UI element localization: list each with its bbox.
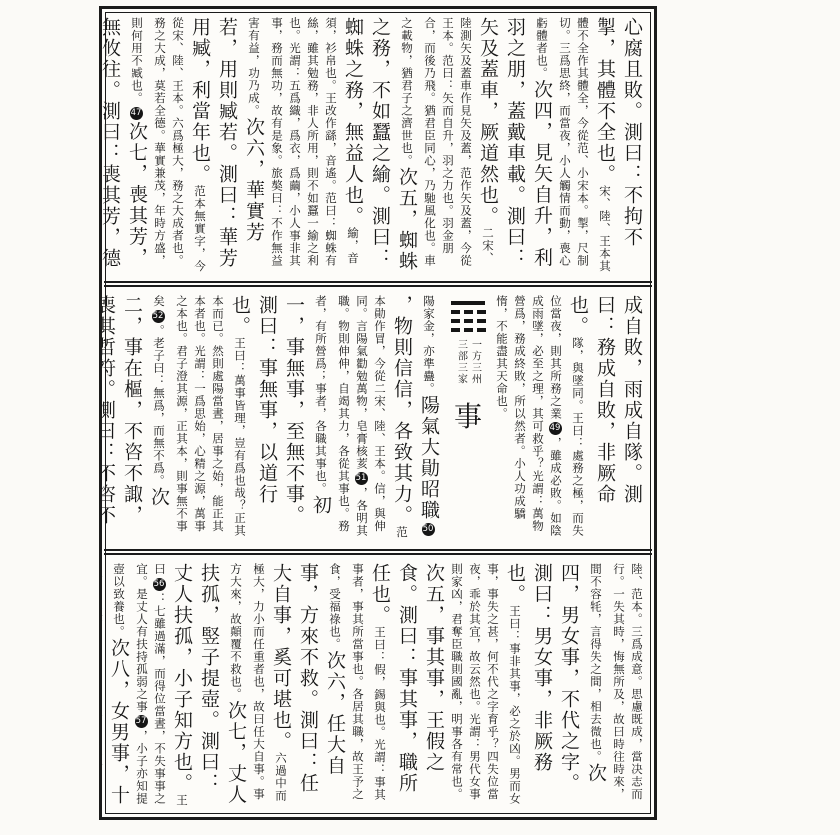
note-marker: 57	[135, 715, 148, 728]
tetragram-icon	[451, 301, 486, 332]
verse-text: 陽氣大勛昭職	[418, 395, 439, 521]
note-marker: 50	[422, 523, 435, 536]
text-register-bottom: 陸、范本。三爲成意。思慮既成，當决志而行。一失其時，悔無所及，故曰時往時來，間不…	[102, 555, 654, 817]
head-block: 一方三州三部三家事	[444, 297, 492, 543]
note-marker: 49	[549, 422, 562, 435]
commentary-text: 陽家金，亦準蠱。	[422, 295, 434, 395]
head-structure-label: 一方三州三部三家	[456, 339, 481, 385]
commentary-text: 。老子曰：無爲，而無不爲。	[152, 325, 164, 488]
scanned-book-page: { "page": { "head": { "title": "事", "fam…	[0, 0, 840, 835]
head-title: 事	[454, 395, 482, 435]
note-marker: 56	[153, 578, 166, 591]
verse-text: ，物則信信，各致其力。	[391, 295, 412, 526]
note-marker: 51	[355, 472, 368, 485]
note-marker: 47	[130, 107, 143, 120]
page-frame: 心腐且敗。測曰：不拘不掣，其體不全也。宋、陸、王本其體不全作其體全，今從范、小宋…	[99, 6, 657, 820]
text-register-top: 心腐且敗。測曰：不拘不掣，其體不全也。宋、陸、王本其體不全作其體全，今從范、小宋…	[102, 9, 654, 281]
text-register-middle: 成自敗，雨成自隊。測曰：務成自敗，非厥命也。隊，與墜同。王曰：處務之極，而失位當…	[102, 287, 654, 549]
note-marker: 52	[152, 310, 165, 323]
